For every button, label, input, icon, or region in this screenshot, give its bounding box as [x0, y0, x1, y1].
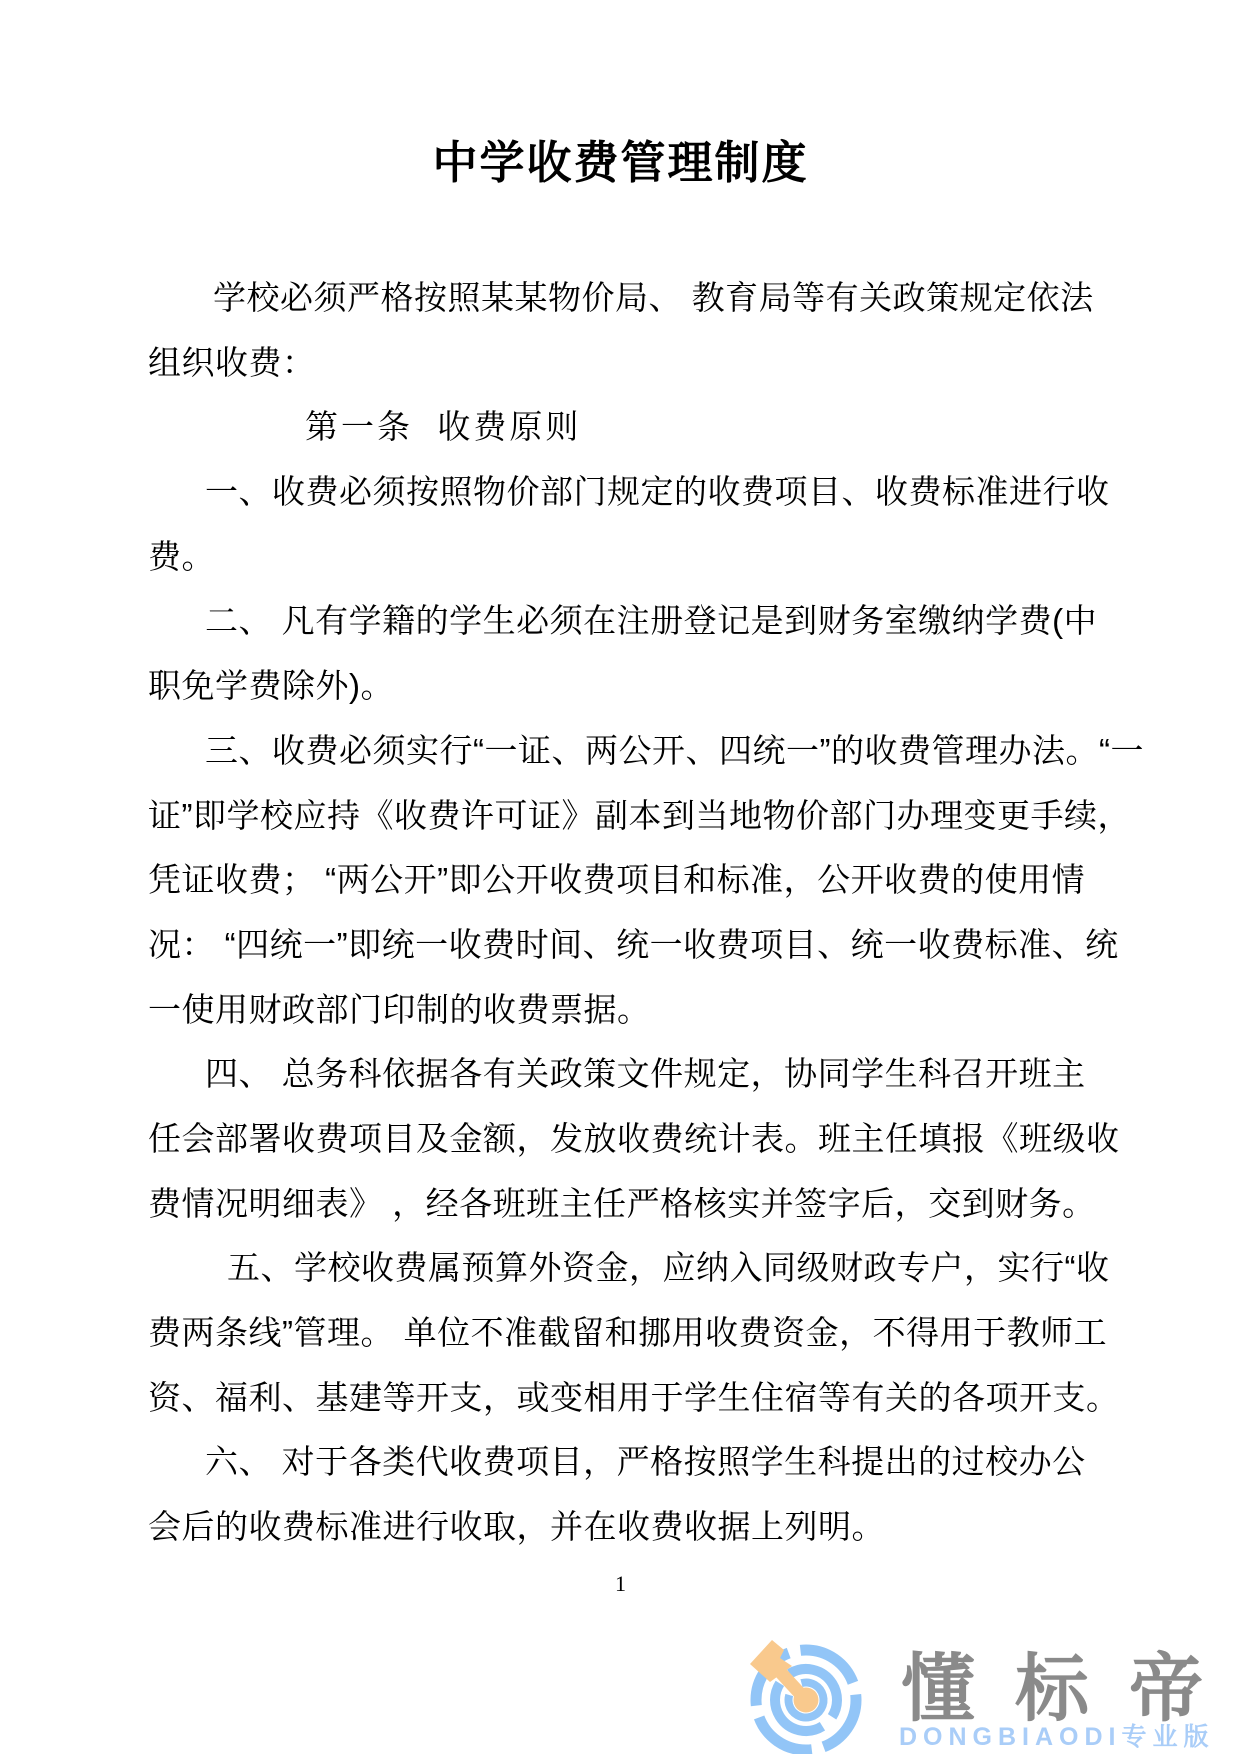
document-line: 费。 — [148, 525, 1158, 590]
document-title: 中学收费管理制度 — [0, 138, 1241, 188]
document-line: 况： “四统一”即统一收费时间、统一收费项目、统一收费标准、统 — [148, 913, 1158, 978]
watermark-brand-subtext: DONGBIAODI专业版 — [899, 1723, 1215, 1751]
document-line: 职免学费除外)。 — [148, 654, 1158, 719]
document-line: 二、 凡有学籍的学生必须在注册登记是到财务室缴纳学费(中 — [148, 589, 1158, 654]
document-line: 资、福利、基建等开支，或变相用于学生住宿等有关的各项开支。 — [148, 1366, 1158, 1431]
document-body: 学校必须严格按照某某物价局、 教育局等有关政策规定依法 组织收费： 第一条 收费… — [148, 266, 1158, 1560]
document-line: 费情况明细表》 ，经各班班主任严格核实并签字后，交到财务。 — [148, 1172, 1158, 1237]
document-section-heading: 第一条 收费原则 — [148, 395, 1158, 460]
document-line: 一使用财政部门印制的收费票据。 — [148, 978, 1158, 1043]
document-line: 会后的收费标准进行收取，并在收费收据上列明。 — [148, 1495, 1158, 1560]
document-line: 费两条线”管理。 单位不准截留和挪用收费资金，不得用于教师工 — [148, 1301, 1158, 1366]
document-line: 五、学校收费属预算外资金，应纳入同级财政专户，实行“收 — [148, 1236, 1158, 1301]
document-line: 凭证收费； “两公开”即公开收费项目和标准，公开收费的使用情 — [148, 848, 1158, 913]
document-page: 中学收费管理制度 学校必须严格按照某某物价局、 教育局等有关政策规定依法 组织收… — [0, 0, 1241, 1754]
page-number: 1 — [0, 1572, 1241, 1596]
document-line: 学校必须严格按照某某物价局、 教育局等有关政策规定依法 — [148, 266, 1158, 331]
document-line: 组织收费： — [148, 331, 1158, 396]
document-line: 四、 总务科依据各有关政策文件规定，协同学生科召开班主 — [148, 1042, 1158, 1107]
document-line: 一、收费必须按照物价部门规定的收费项目、收费标准进行收 — [148, 460, 1158, 525]
document-line: 任会部署收费项目及金额，发放收费统计表。班主任填报《班级收 — [148, 1107, 1158, 1172]
target-dart-icon — [744, 1636, 868, 1754]
watermark-brand-text: 懂标帝 — [901, 1652, 1241, 1726]
document-line: 六、 对于各类代收费项目，严格按照学生科提出的过校办公 — [148, 1430, 1158, 1495]
document-line: 证”即学校应持《收费许可证》副本到当地物价部门办理变更手续， — [148, 784, 1158, 849]
document-line: 三、收费必须实行“一证、两公开、四统一”的收费管理办法。“一 — [148, 719, 1158, 784]
